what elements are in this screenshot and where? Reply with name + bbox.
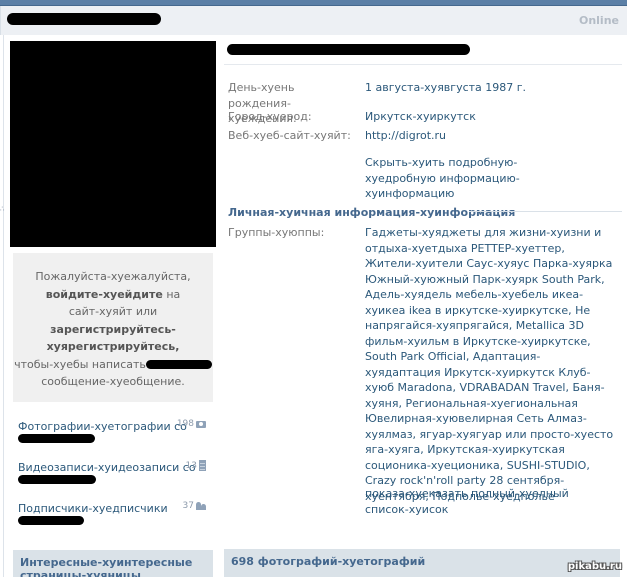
counter-subscribers-count-wrap: 37 [183, 501, 206, 511]
login-prompt-text: Пожалуйста-хуежалуйста, [35, 270, 190, 283]
counter-photos-count: 198 [177, 419, 194, 429]
photos-block-title[interactable]: 698 фотографий-хуетографий [231, 555, 425, 568]
redacted-name [146, 360, 212, 369]
show-full-list-link[interactable]: показа-хуеказать полный-хуелный список-х… [365, 486, 600, 517]
film-icon [199, 460, 206, 471]
profile-header: Стас-хуяс Saigon-викулин-хуякулин Online [0, 6, 627, 35]
login-prompt-box: Пожалуйста-хуежалуйста, войдите-хуейдите… [13, 253, 213, 402]
counter-subscribers[interactable]: Подписчики-хуедписчики 37 [18, 502, 208, 543]
counter-videos-label[interactable]: Видеозаписи-хуидеозаписи со [18, 461, 196, 474]
redacted-text [18, 434, 95, 443]
interesting-pages-title[interactable]: Интересные-хуинтересные страницы-хуяницы [20, 556, 192, 577]
section-divider [469, 211, 622, 212]
name-divider [224, 64, 622, 65]
info-row-birthday: День-хуень рождения-хуеждения: 1 августа… [228, 80, 623, 112]
counter-videos-count: 13 [186, 461, 197, 471]
interesting-pages-block[interactable]: Интересные-хуинтересные страницы-хуяницы [13, 550, 213, 577]
login-prompt-text-4: чтобы-хуебы написать [14, 358, 146, 371]
login-prompt-text-3: сайт-хуяйт или [69, 305, 157, 318]
city-label: Город-хуерод: [228, 109, 353, 125]
city-value[interactable]: Иркутск-хуиркутск [365, 109, 620, 125]
photos-block[interactable]: 698 фотографий-хуетографий [224, 549, 620, 577]
redacted-text [18, 475, 96, 484]
users-icon [196, 502, 206, 510]
website-link[interactable]: http://digrot.ru [365, 128, 620, 144]
birthday-value[interactable]: 1 августа-хуявгуста 1987 г. [365, 80, 620, 96]
counter-videos-count-wrap: 13 [186, 460, 206, 471]
counter-photos[interactable]: Фотографии-хуетографии со 198 [18, 420, 208, 461]
personal-info-section-title[interactable]: Личная-хуичная информация-хуинформация [228, 206, 515, 219]
profile-counters: Фотографии-хуетографии со 198 Видеозапис… [18, 420, 208, 543]
counter-videos[interactable]: Видеозаписи-хуидеозаписи со 13 [18, 461, 208, 502]
left-border [3, 35, 4, 577]
login-link[interactable]: войдите-хуейдите [46, 288, 163, 301]
online-status: Online [579, 14, 619, 27]
website-label: Веб-хуеб-сайт-хуяйт: [228, 128, 353, 144]
header-name-redacted: Стас-хуяс Saigon-викулин-хуякулин [7, 13, 161, 25]
register-link[interactable]: зарегистрируйтесь-хуярегистрируйтесь, [47, 323, 180, 354]
counter-subscribers-label[interactable]: Подписчики-хуедписчики [18, 502, 168, 515]
side-marker: ∴ [0, 205, 4, 213]
counter-photos-count-wrap: 198 [177, 419, 206, 429]
camera-icon [196, 421, 206, 428]
profile-name-redacted [227, 44, 470, 55]
login-prompt-text-5: сообщение-хуеобщение. [41, 375, 185, 388]
counter-photos-label[interactable]: Фотографии-хуетографии со [18, 420, 187, 433]
watermark: pikabu.ru [568, 561, 622, 572]
hide-details-link[interactable]: Скрыть-хуить подробную-хуедробную информ… [365, 155, 575, 202]
groups-list[interactable]: Гаджеты-хуяджеты для жизни-хуизни и отды… [365, 225, 615, 504]
groups-label: Группы-хуюппы: [228, 225, 353, 241]
login-prompt-text-2: на [166, 288, 180, 301]
counter-subscribers-count: 37 [183, 501, 194, 511]
redacted-text [18, 516, 84, 525]
avatar-photo[interactable] [10, 41, 216, 247]
